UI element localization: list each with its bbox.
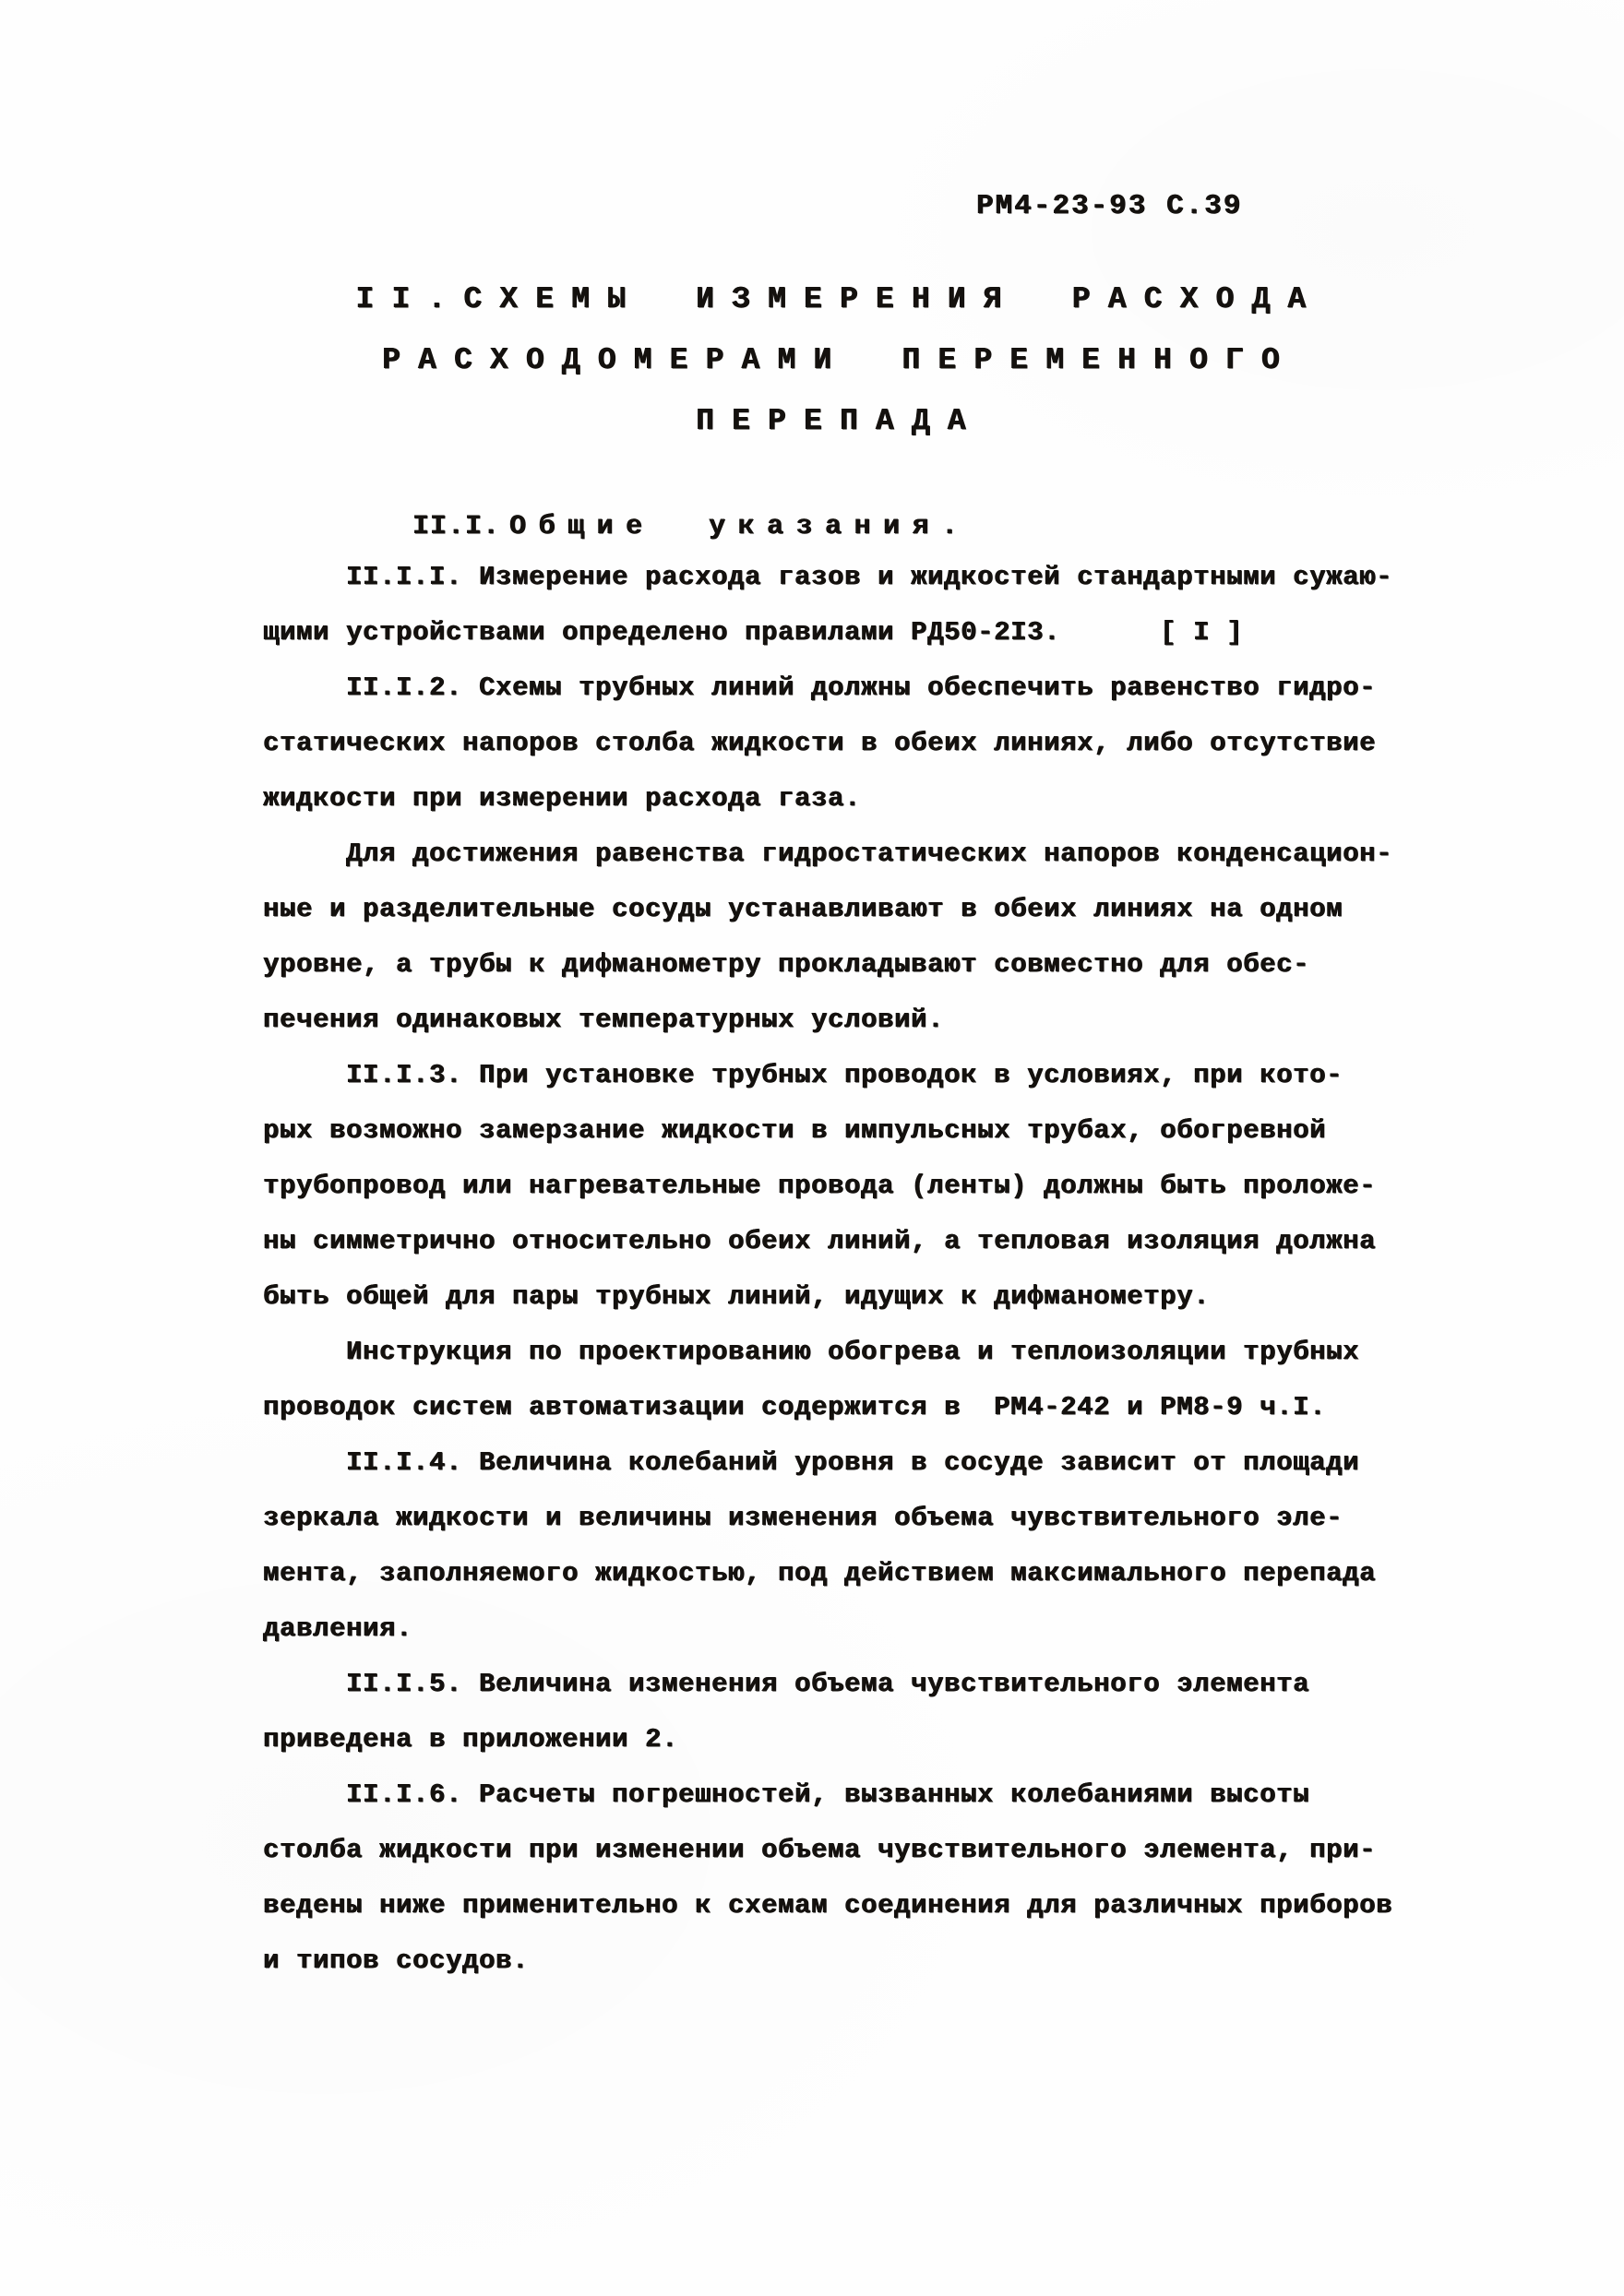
paragraph-line: щими устройствами определено правилами Р… [263,605,1490,660]
title-line: РАСХОДОМЕРАМИ ПЕРЕМЕННОГО [268,330,1412,391]
paragraph-first-line: II.I.4. Величина колебаний уровня в сосу… [263,1435,1490,1491]
paragraph-line: давления. [263,1601,1490,1657]
paragraph-first-line: II.I.2. Схемы трубных линий должны обесп… [263,660,1490,716]
paragraph-line: зеркала жидкости и величины изменения об… [263,1491,1490,1546]
paragraph-line: трубопровод или нагревательные провода (… [263,1159,1490,1214]
page-header: РМ4-23-93 С.39 [976,190,1242,222]
paragraph-line: статических напоров столба жидкости в об… [263,716,1490,771]
section-title: Общие указания. [509,511,971,542]
paragraph-line: мента, заполняемого жидкостью, под дейст… [263,1546,1490,1601]
paragraph-line: ны симметрично относительно обеих линий,… [263,1214,1490,1269]
paragraph-first-line: Инструкция по проектированию обогрева и … [263,1325,1490,1380]
paragraph-first-line: Для достижения равенства гидростатически… [263,827,1490,882]
paragraph-line: печения одинаковых температурных условий… [263,993,1490,1048]
paragraph-first-line: II.I.5. Величина изменения объема чувств… [263,1657,1490,1712]
paragraph-line: уровне, а трубы к дифманометру прокладыв… [263,937,1490,993]
title-line: ПЕРЕПАДА [268,391,1412,452]
paragraph-first-line: II.I.I. Измерение расхода газов и жидкос… [263,550,1490,605]
paragraph-line: рых возможно замерзание жидкости в импул… [263,1103,1490,1159]
document-page: РМ4-23-93 С.39 II.СХЕМЫ ИЗМЕРЕНИЯ РАСХОД… [0,0,1624,2296]
document-body: II.I.I. Измерение расхода газов и жидкос… [263,550,1490,1989]
paragraph-line: ведены ниже применительно к схемам соеди… [263,1878,1490,1933]
document-title: II.СХЕМЫ ИЗМЕРЕНИЯ РАСХОДАРАСХОДОМЕРАМИ … [268,269,1412,452]
paragraph-line: проводок систем автоматизации содержится… [263,1380,1490,1435]
paragraph-line: и типов сосудов. [263,1933,1490,1989]
paragraph-line: ные и разделительные сосуды устанавливаю… [263,882,1490,937]
paragraph-line: жидкости при измерении расхода газа. [263,771,1490,827]
paragraph-first-line: II.I.3. При установке трубных проводок в… [263,1048,1490,1103]
section-number: II.I. [412,511,500,542]
paragraph-line: быть общей для пары трубных линий, идущи… [263,1269,1490,1325]
paragraph-first-line: II.I.6. Расчеты погрешностей, вызванных … [263,1767,1490,1823]
paragraph-line: столба жидкости при изменении объема чув… [263,1823,1490,1878]
title-line: II.СХЕМЫ ИЗМЕРЕНИЯ РАСХОДА [268,269,1412,330]
paragraph-line: приведена в приложении 2. [263,1712,1490,1767]
